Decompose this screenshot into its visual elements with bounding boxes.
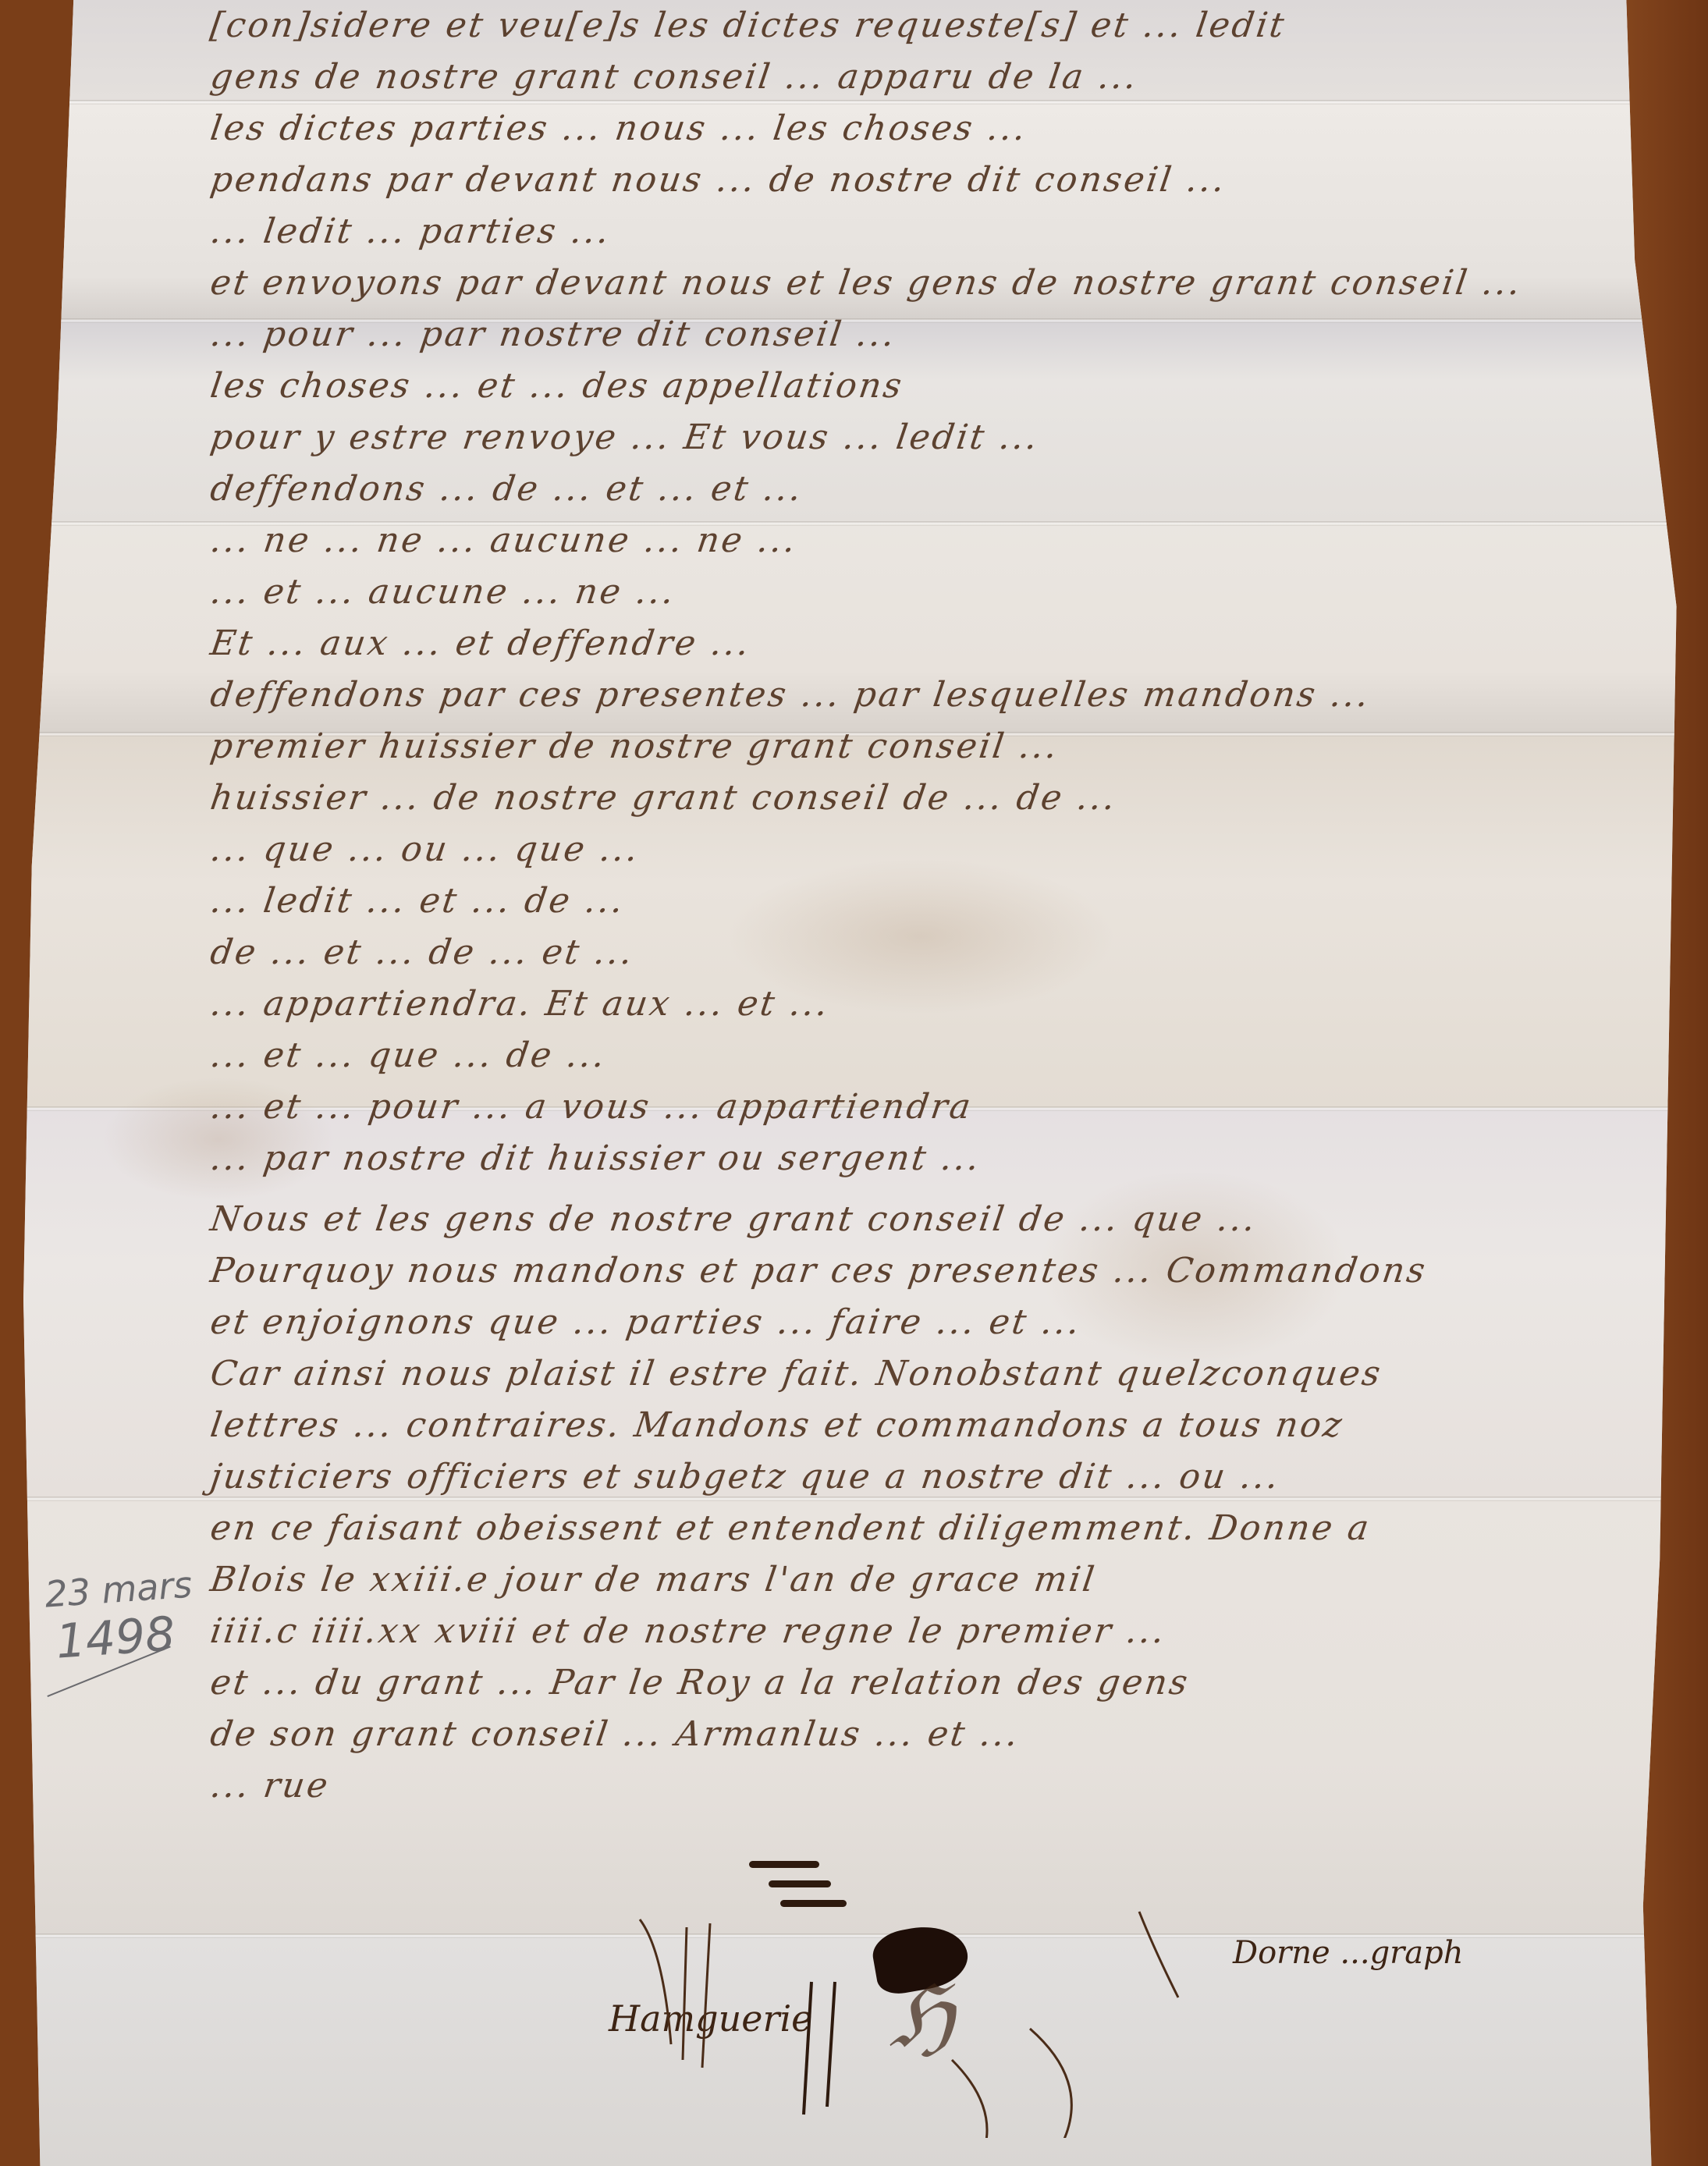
ink-dash xyxy=(769,1880,831,1887)
archival-pencil-annotation: 23 mars 1498 xyxy=(44,1564,198,1677)
text-line: ... appartiendra. Et aux ... et ... xyxy=(207,978,1618,1030)
text-line: deffendons par ces presentes ... par les… xyxy=(207,669,1618,721)
text-line: en ce faisant obeissent et entendent dil… xyxy=(207,1503,1618,1554)
text-line: ... que ... ou ... que ... xyxy=(207,824,1618,875)
text-line: [con]sidere et veu[e]s les dictes reques… xyxy=(207,0,1618,51)
text-line: et ... du grant ... Par le Roy a la rela… xyxy=(207,1657,1618,1709)
text-line: les dictes parties ... nous ... les chos… xyxy=(207,103,1618,154)
text-line: ... ne ... ne ... aucune ... ne ... xyxy=(207,515,1618,566)
text-line: ... et ... aucune ... ne ... xyxy=(207,566,1618,618)
text-line: pendans par devant nous ... de nostre di… xyxy=(207,154,1618,206)
text-line: lettres ... contraires. Mandons et comma… xyxy=(207,1400,1618,1451)
text-line: ... ledit ... parties ... xyxy=(207,206,1618,257)
text-line: huissier ... de nostre grant conseil de … xyxy=(207,772,1618,824)
text-line: ... et ... que ... de ... xyxy=(207,1030,1618,1081)
ink-dash xyxy=(749,1861,819,1868)
main-text-paragraph-1: [con]sidere et veu[e]s les dictes reques… xyxy=(211,0,1615,1184)
text-line: et enjoignons que ... parties ... faire … xyxy=(207,1297,1618,1348)
text-line: de son grant conseil ... Armanlus ... et… xyxy=(207,1709,1618,1760)
text-line: et envoyons par devant nous et les gens … xyxy=(207,257,1618,309)
text-line: ... rue xyxy=(207,1760,1618,1812)
text-line: Car ainsi nous plaist il estre fait. Non… xyxy=(207,1348,1618,1400)
text-line: gens de nostre grant conseil ... apparu … xyxy=(207,51,1618,103)
text-line: les choses ... et ... des appellations xyxy=(207,360,1618,412)
text-line: pour y estre renvoye ... Et vous ... led… xyxy=(207,412,1618,463)
text-line: Et ... aux ... et deffendre ... xyxy=(207,618,1618,669)
text-line: premier huissier de nostre grant conseil… xyxy=(207,721,1618,772)
text-line: Blois le xxiii.e jour de mars l'an de gr… xyxy=(207,1554,1618,1606)
text-line: Nous et les gens de nostre grant conseil… xyxy=(207,1194,1618,1245)
text-line: justiciers officiers et subgetz que a no… xyxy=(207,1451,1618,1503)
signature-flourish-icon xyxy=(593,1904,1607,2138)
signatures: Hamguerie ℌ Dorne ...graph xyxy=(593,1904,1607,2138)
annotation-year: 1498 xyxy=(54,1605,197,1669)
text-line: deffendons ... de ... et ... et ... xyxy=(207,463,1618,515)
text-line: ... par nostre dit huissier ou sergent .… xyxy=(207,1133,1618,1184)
text-line: ... ledit ... et ... de ... xyxy=(207,875,1618,927)
main-text-paragraph-2: Nous et les gens de nostre grant conseil… xyxy=(211,1194,1615,1812)
text-line: ... et ... pour ... a vous ... appartien… xyxy=(207,1081,1618,1133)
text-line: Pourquoy nous mandons et par ces present… xyxy=(207,1245,1618,1297)
text-line: ... pour ... par nostre dit conseil ... xyxy=(207,309,1618,360)
text-line: iiii.c iiii.xx xviii et de nostre regne … xyxy=(207,1606,1618,1657)
text-line: de ... et ... de ... et ... xyxy=(207,927,1618,978)
